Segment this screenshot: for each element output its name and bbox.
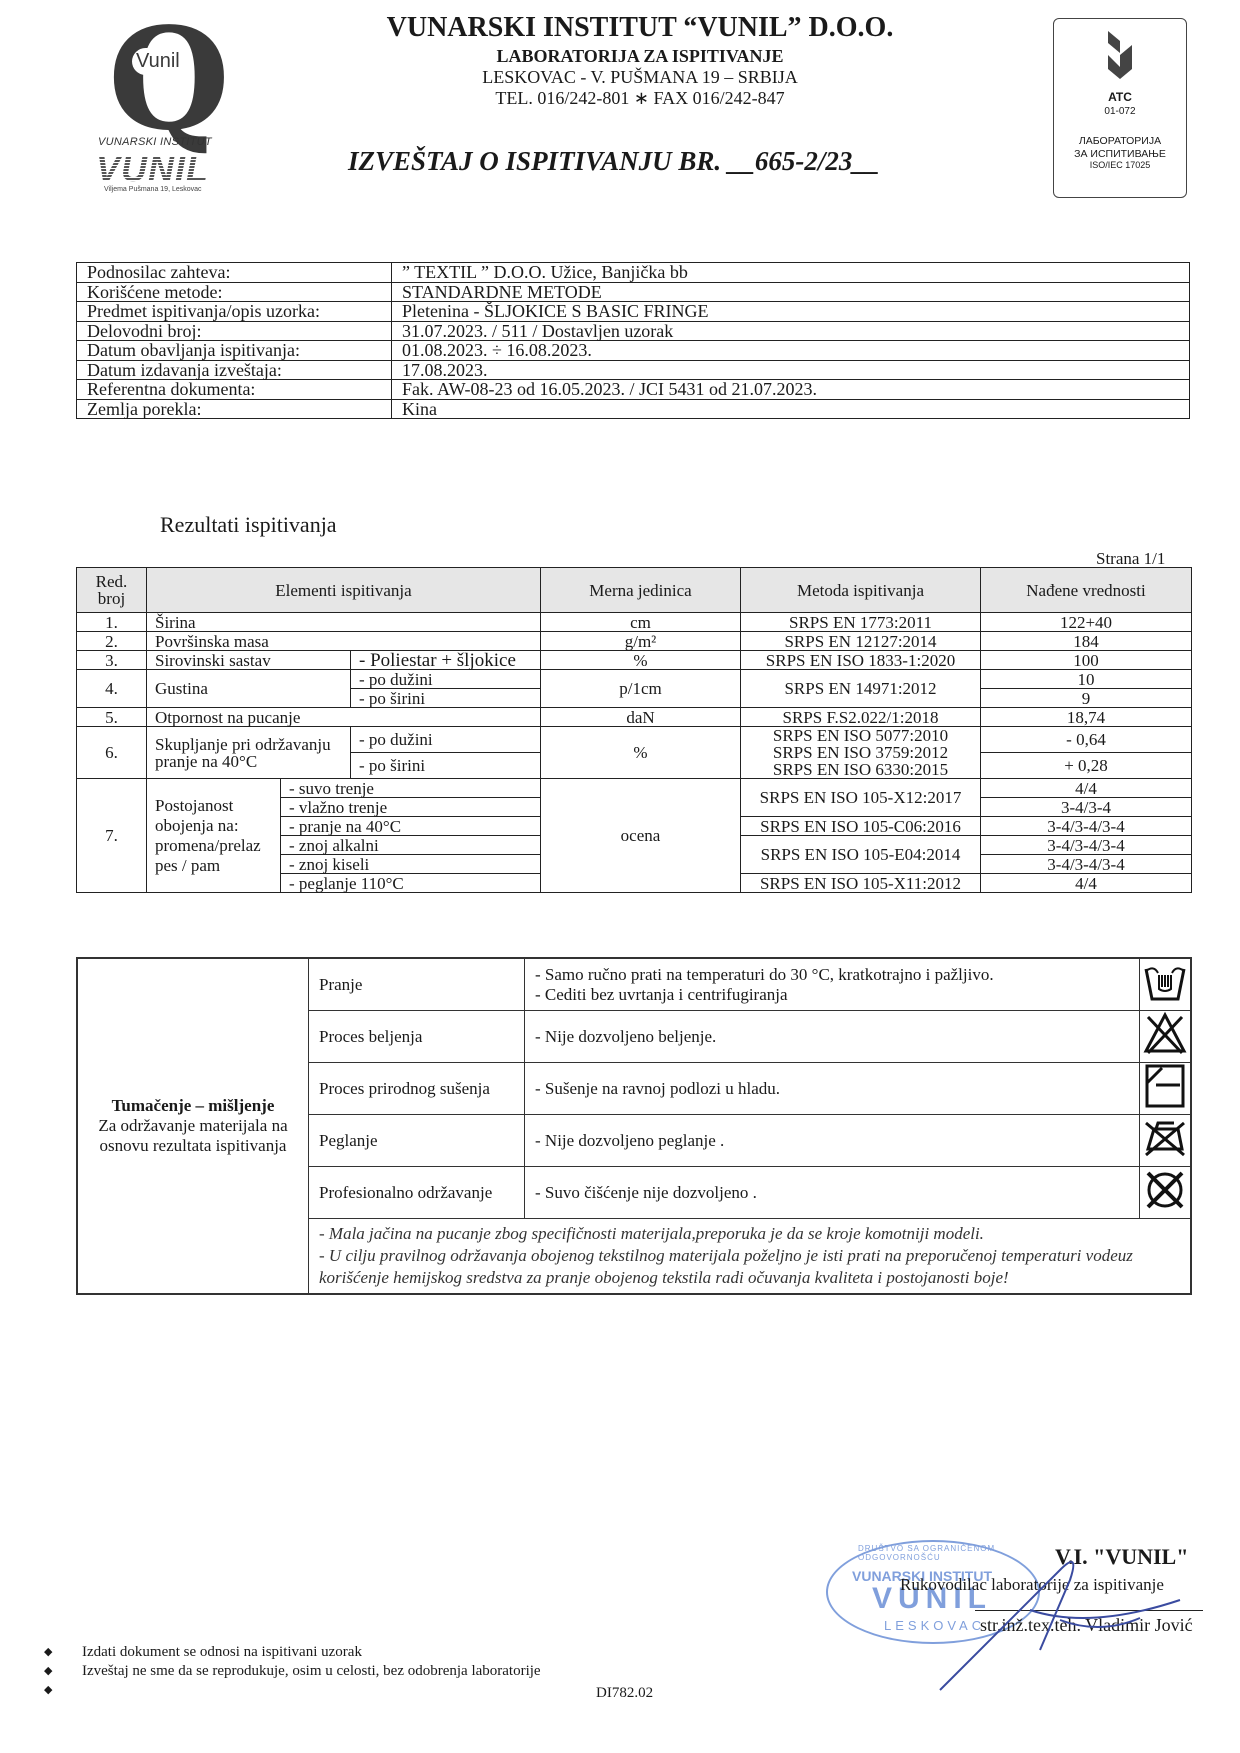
row-value: - 0,64 bbox=[981, 727, 1192, 753]
info-label: Delovodni broj: bbox=[77, 321, 392, 341]
care-text-line: - Samo ručno prati na temperaturi do 30 … bbox=[535, 965, 1129, 985]
row-subelement: - po dužini bbox=[351, 727, 541, 753]
row-value: 3-4/3-4/3-4 bbox=[981, 817, 1192, 836]
info-value: Kina bbox=[392, 399, 1190, 419]
note-line: - Mala jačina na pucanje zbog specifično… bbox=[319, 1223, 1180, 1245]
row-element: Površinska masa bbox=[147, 632, 541, 651]
atc-chevron-icon bbox=[1054, 29, 1186, 86]
row-subelement: - znoj alkalni bbox=[281, 836, 541, 855]
row-subelement: - Poliestar + šljokice bbox=[351, 651, 541, 670]
row-no: 5. bbox=[77, 708, 147, 727]
diamond-bullet-icon: ◆ bbox=[44, 1643, 82, 1662]
row-no: 2. bbox=[77, 632, 147, 651]
info-label: Korišćene metode: bbox=[77, 282, 392, 302]
row-method: SRPS F.S2.022/1:2018 bbox=[741, 708, 981, 727]
interpretation-cell: Tumačenje – mišljenje Za održavanje mate… bbox=[77, 958, 309, 1294]
info-value: 17.08.2023. bbox=[392, 360, 1190, 380]
row-element: Širina bbox=[147, 613, 541, 632]
logo-inner-text: Vunil bbox=[132, 48, 184, 75]
report-title: IZVEŠTAJ O ISPITIVANJU BR. __665-2/23__ bbox=[348, 146, 879, 177]
info-value: 01.08.2023. ÷ 16.08.2023. bbox=[392, 341, 1190, 361]
row-element-line2: pranje na 40°C bbox=[155, 753, 346, 770]
row-subelement: - suvo trenje bbox=[281, 779, 541, 798]
interpretation-title: Tumačenje – mišljenje bbox=[112, 1096, 275, 1115]
care-category: Proces prirodnog sušenja bbox=[309, 1063, 525, 1115]
footer-item: ◆ bbox=[44, 1681, 541, 1700]
info-value: STANDARDNE METODE bbox=[392, 282, 1190, 302]
col-method: Metoda ispitivanja bbox=[741, 568, 981, 613]
row-element: Skupljanje pri održavanju pranje na 40°C bbox=[147, 727, 351, 779]
row-no: 6. bbox=[77, 727, 147, 779]
row-element: Sirovinski sastav bbox=[147, 651, 351, 670]
footer-text: Izdati dokument se odnosi na ispitivani … bbox=[82, 1643, 362, 1662]
handwritten-signature bbox=[920, 1540, 1200, 1710]
element-line: Postojanost bbox=[155, 796, 276, 816]
row-element: Otpornost na pucanje bbox=[147, 708, 541, 727]
row-method: SRPS EN ISO 5077:2010 SRPS EN ISO 3759:2… bbox=[741, 727, 981, 779]
method-line: SRPS EN ISO 5077:2010 bbox=[745, 727, 976, 744]
row-method: SRPS EN ISO 105-X12:2017 bbox=[741, 779, 981, 817]
row-value: + 0,28 bbox=[981, 753, 1192, 779]
atc-line1: ЛАБОРАТОРИЈА bbox=[1054, 135, 1186, 148]
no-bleach-icon bbox=[1140, 1011, 1192, 1063]
row-value: 4/4 bbox=[981, 779, 1192, 798]
row-element-line1: Skupljanje pri održavanju bbox=[155, 736, 346, 753]
info-label: Datum obavljanja ispitivanja: bbox=[77, 341, 392, 361]
method-line: SRPS EN ISO 6330:2015 bbox=[745, 761, 976, 778]
footer-text: Izveštaj ne sme da se reprodukuje, osim … bbox=[82, 1662, 541, 1681]
note-line: - U cilju pravilnog održavanja obojenog … bbox=[319, 1245, 1180, 1289]
info-value: Fak. AW-08-23 od 16.05.2023. / JCI 5431 … bbox=[392, 380, 1190, 400]
row-no: 3. bbox=[77, 651, 147, 670]
row-method: SRPS EN ISO 105-C06:2016 bbox=[741, 817, 981, 836]
organization-header: VUNARSKI INSTITUT “VUNIL” D.O.O. LABORAT… bbox=[300, 12, 980, 109]
table-row: 7. Postojanost obojenja na: promena/prel… bbox=[77, 779, 1192, 798]
results-header-row: Red. broj Elementi ispitivanja Merna jed… bbox=[77, 568, 1192, 613]
care-text-line: - Cediti bez uvrtanja i centrifugiranja bbox=[535, 985, 1129, 1005]
col-no: Red. broj bbox=[77, 568, 147, 613]
atc-mark: ATC bbox=[1054, 90, 1186, 104]
method-line: SRPS EN ISO 3759:2012 bbox=[745, 744, 976, 761]
hand-wash-icon bbox=[1140, 958, 1192, 1011]
row-subelement: - znoj kiseli bbox=[281, 855, 541, 874]
info-row: Podnosilac zahteva:” TEXTIL ” D.O.O. Uži… bbox=[77, 263, 1190, 283]
info-value: 31.07.2023. / 511 / Dostavljen uzorak bbox=[392, 321, 1190, 341]
page-number: Strana 1/1 bbox=[1096, 549, 1165, 569]
no-dry-clean-icon bbox=[1140, 1167, 1192, 1219]
row-subelement: - vlažno trenje bbox=[281, 798, 541, 817]
row-no: 4. bbox=[77, 670, 147, 708]
table-row: 4. Gustina - po dužini p/1cm SRPS EN 149… bbox=[77, 670, 1192, 689]
row-value: 3-4/3-4/3-4 bbox=[981, 855, 1192, 874]
info-row: Referentna dokumenta:Fak. AW-08-23 od 16… bbox=[77, 380, 1190, 400]
element-line: promena/prelaz bbox=[155, 836, 276, 856]
footer-item: ◆Izveštaj ne sme da se reprodukuje, osim… bbox=[44, 1662, 541, 1681]
row-method: SRPS EN ISO 105-X11:2012 bbox=[741, 874, 981, 893]
row-method: SRPS EN 14971:2012 bbox=[741, 670, 981, 708]
table-row: 2. Površinska masa g/m² SRPS EN 12127:20… bbox=[77, 632, 1192, 651]
document-code: DI782.02 bbox=[596, 1685, 653, 1702]
care-text: - Samo ručno prati na temperaturi do 30 … bbox=[525, 958, 1140, 1011]
row-value: 4/4 bbox=[981, 874, 1192, 893]
row-element: Postojanost obojenja na: promena/prelaz … bbox=[147, 779, 281, 893]
care-notes: - Mala jačina na pucanje zbog specifično… bbox=[309, 1219, 1192, 1295]
care-category: Pranje bbox=[309, 958, 525, 1011]
info-row: Korišćene metode:STANDARDNE METODE bbox=[77, 282, 1190, 302]
row-method: SRPS EN ISO 105-E04:2014 bbox=[741, 836, 981, 874]
col-unit: Merna jedinica bbox=[541, 568, 741, 613]
info-value: Pletenina - ŠLJOKICE S BASIC FRINGE bbox=[392, 302, 1190, 322]
row-value: 3-4/3-4 bbox=[981, 798, 1192, 817]
footer-notes: ◆Izdati dokument se odnosi na ispitivani… bbox=[44, 1643, 541, 1700]
logo-caption: VUNARSKI INSTITUT bbox=[98, 136, 212, 148]
row-unit: % bbox=[541, 727, 741, 779]
table-row: 1. Širina cm SRPS EN 1773:2011 122+40 bbox=[77, 613, 1192, 632]
row-no: 7. bbox=[77, 779, 147, 893]
row-unit: cm bbox=[541, 613, 741, 632]
row-value: 9 bbox=[981, 689, 1192, 708]
row-no: 1. bbox=[77, 613, 147, 632]
footer-item: ◆Izdati dokument se odnosi na ispitivani… bbox=[44, 1643, 541, 1662]
care-text: - Suvo čišćenje nije dozvoljeno . bbox=[525, 1167, 1140, 1219]
row-value: 3-4/3-4/3-4 bbox=[981, 836, 1192, 855]
row-subelement: - peglanje 110°C bbox=[281, 874, 541, 893]
row-unit: p/1cm bbox=[541, 670, 741, 708]
table-row: 6. Skupljanje pri održavanju pranje na 4… bbox=[77, 727, 1192, 753]
info-label: Datum izdavanja izveštaja: bbox=[77, 360, 392, 380]
col-element: Elementi ispitivanja bbox=[147, 568, 541, 613]
row-value: 18,74 bbox=[981, 708, 1192, 727]
element-line: pes / pam bbox=[155, 856, 276, 876]
care-category: Profesionalno održavanje bbox=[309, 1167, 525, 1219]
row-value: 10 bbox=[981, 670, 1192, 689]
row-value: 100 bbox=[981, 651, 1192, 670]
care-text: - Nije dozvoljeno peglanje . bbox=[525, 1115, 1140, 1167]
accreditation-badge: ATC 01-072 ЛАБОРАТОРИЈА ЗА ИСПИТИВАЊЕ IS… bbox=[1053, 18, 1187, 198]
org-address: LESKOVAC - V. PUŠMANA 19 – SRBIJA bbox=[300, 67, 980, 88]
request-info-table: Podnosilac zahteva:” TEXTIL ” D.O.O. Uži… bbox=[76, 262, 1190, 419]
results-table: Red. broj Elementi ispitivanja Merna jed… bbox=[76, 567, 1192, 893]
info-row: Zemlja porekla:Kina bbox=[77, 399, 1190, 419]
results-heading: Rezultati ispitivanja bbox=[160, 512, 337, 538]
row-value: 122+40 bbox=[981, 613, 1192, 632]
row-method: SRPS EN 12127:2014 bbox=[741, 632, 981, 651]
q-logo-letter: Q bbox=[108, 10, 228, 150]
row-element: Gustina bbox=[147, 670, 351, 708]
info-row: Datum obavljanja ispitivanja:01.08.2023.… bbox=[77, 341, 1190, 361]
care-text: - Sušenje na ravnoj podlozi u hladu. bbox=[525, 1063, 1140, 1115]
info-label: Referentna dokumenta: bbox=[77, 380, 392, 400]
diamond-bullet-icon: ◆ bbox=[44, 1681, 82, 1700]
info-label: Predmet ispitivanja/opis uzorka: bbox=[77, 302, 392, 322]
care-text: - Nije dozvoljeno beljenje. bbox=[525, 1011, 1140, 1063]
info-label: Zemlja porekla: bbox=[77, 399, 392, 419]
row-subelement: - po širini bbox=[351, 689, 541, 708]
row-unit: ocena bbox=[541, 779, 741, 893]
info-value: ” TEXTIL ” D.O.O. Užice, Banjička bb bbox=[392, 263, 1190, 283]
logo-address: Viljema Pušmana 19, Leskovac bbox=[104, 186, 202, 193]
vunil-logo: Q Vunil VUNARSKI INSTITUT VUNIL Viljema … bbox=[96, 8, 256, 198]
care-instructions-table: Tumačenje – mišljenje Za održavanje mate… bbox=[76, 957, 1192, 1295]
org-name: VUNARSKI INSTITUT “VUNIL” D.O.O. bbox=[300, 12, 980, 44]
row-unit: g/m² bbox=[541, 632, 741, 651]
atc-standard: ISO/IEC 17025 bbox=[1054, 160, 1186, 170]
row-value: 184 bbox=[981, 632, 1192, 651]
row-unit: daN bbox=[541, 708, 741, 727]
table-row: 3. Sirovinski sastav - Poliestar + šljok… bbox=[77, 651, 1192, 670]
row-method: SRPS EN ISO 1833-1:2020 bbox=[741, 651, 981, 670]
row-subelement: - po širini bbox=[351, 753, 541, 779]
care-category: Proces beljenja bbox=[309, 1011, 525, 1063]
no-iron-icon bbox=[1140, 1115, 1192, 1167]
table-row: 5. Otpornost na pucanje daN SRPS F.S2.02… bbox=[77, 708, 1192, 727]
care-category: Peglanje bbox=[309, 1115, 525, 1167]
col-value: Nađene vrednosti bbox=[981, 568, 1192, 613]
element-line: obojenja na: bbox=[155, 816, 276, 836]
logo-wordmark: VUNIL bbox=[96, 148, 209, 190]
interpretation-text: Za održavanje materijala na osnovu rezul… bbox=[98, 1116, 287, 1155]
row-subelement: - pranje na 40°C bbox=[281, 817, 541, 836]
row-unit: % bbox=[541, 651, 741, 670]
info-row: Predmet ispitivanja/opis uzorka:Pletenin… bbox=[77, 302, 1190, 322]
atc-number: 01-072 bbox=[1054, 106, 1186, 117]
atc-line2: ЗА ИСПИТИВАЊЕ bbox=[1054, 148, 1186, 161]
row-subelement: - po dužini bbox=[351, 670, 541, 689]
org-contact: TEL. 016/242-801 ∗ FAX 016/242-847 bbox=[300, 88, 980, 109]
dry-flat-shade-icon bbox=[1140, 1063, 1192, 1115]
info-row: Delovodni broj:31.07.2023. / 511 / Dosta… bbox=[77, 321, 1190, 341]
row-method: SRPS EN 1773:2011 bbox=[741, 613, 981, 632]
info-row: Datum izdavanja izveštaja:17.08.2023. bbox=[77, 360, 1190, 380]
info-label: Podnosilac zahteva: bbox=[77, 263, 392, 283]
lab-name: LABORATORIJA ZA ISPITIVANJE bbox=[300, 46, 980, 67]
diamond-bullet-icon: ◆ bbox=[44, 1662, 82, 1681]
